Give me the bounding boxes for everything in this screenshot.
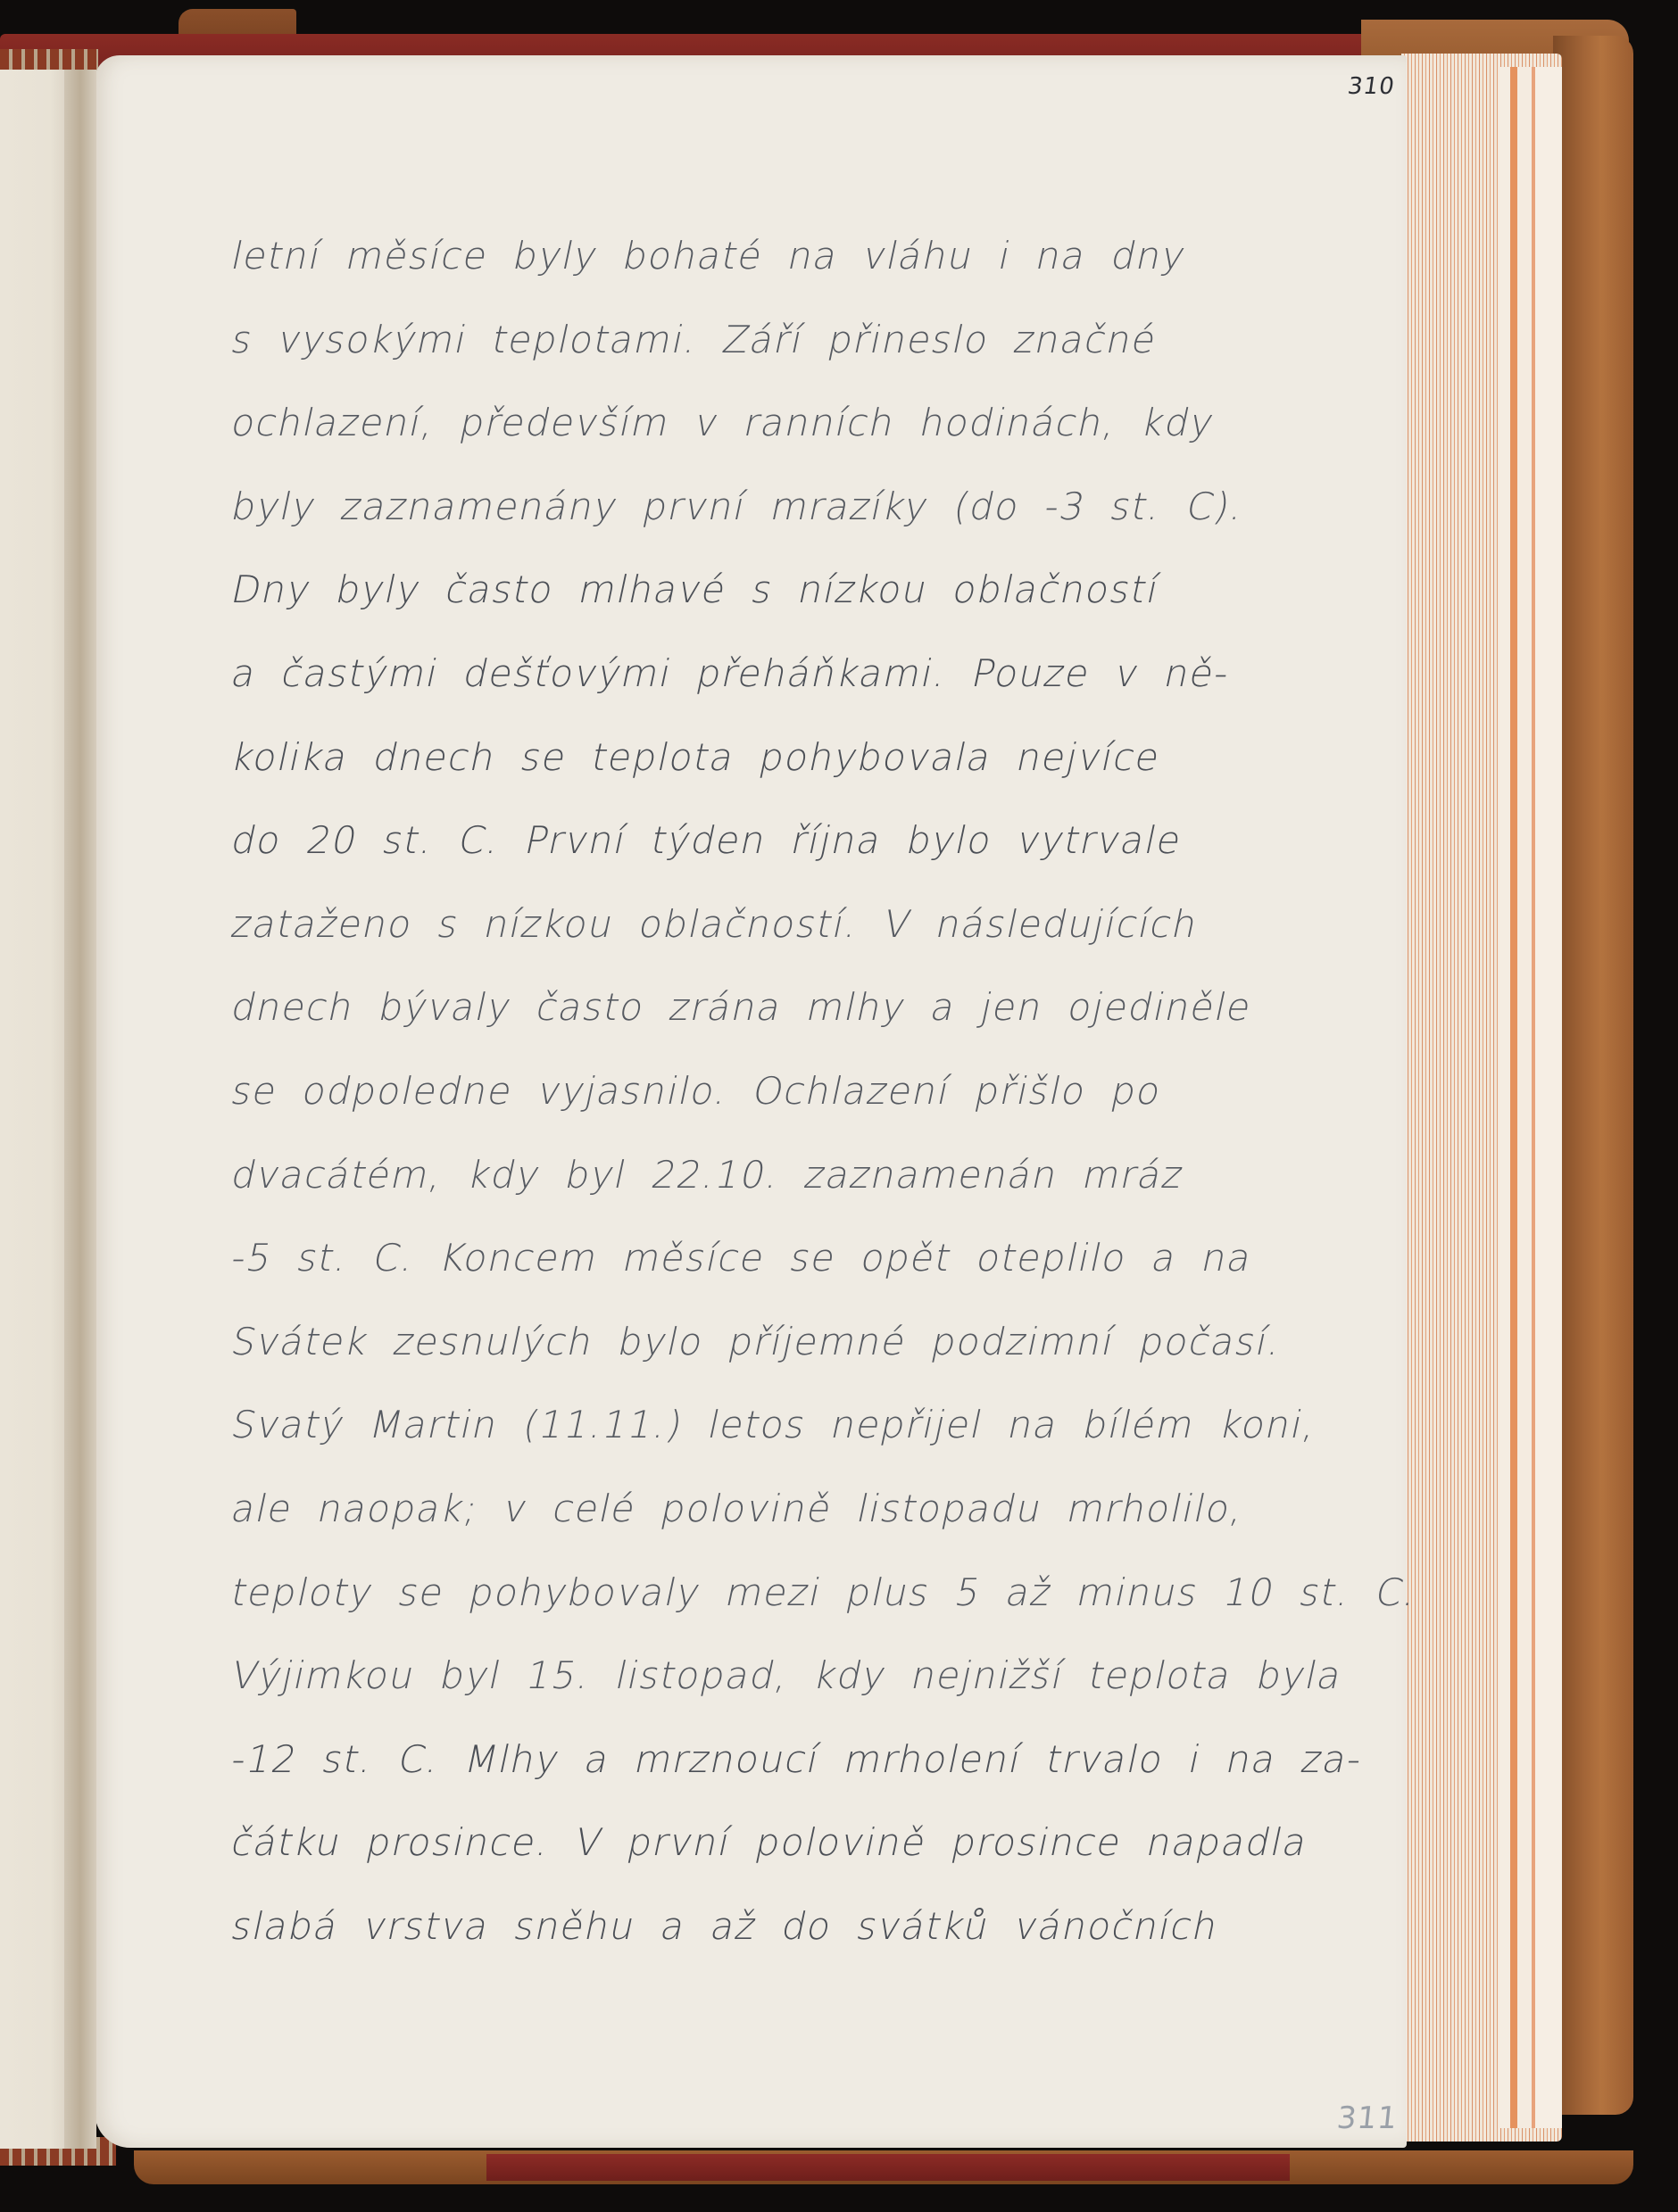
text-line: kolika dnech se teplota pohybovala nejví… xyxy=(223,716,1267,799)
text-line: teploty se pohybovaly mezi plus 5 až min… xyxy=(223,1551,1267,1635)
text-line: ochlazení, především v ranních hodinách,… xyxy=(223,381,1267,465)
text-line: čátku prosince. V první polovině prosinc… xyxy=(223,1801,1267,1885)
page-stack-inner-edge xyxy=(1499,67,1562,2128)
text-line: do 20 st. C. První týden října bylo vytr… xyxy=(223,799,1267,882)
text-line: a častými dešťovými přeháňkami. Pouze v … xyxy=(223,632,1267,716)
text-line: se odpoledne vyjasnilo. Ochlazení přišlo… xyxy=(223,1049,1267,1133)
text-line: slabá vrstva sněhu a až do svátků vánočn… xyxy=(223,1885,1267,1968)
text-line: ale naopak; v celé polovině listopadu mr… xyxy=(223,1467,1267,1551)
cover-right-leather-edge xyxy=(1553,36,1633,2115)
text-line: Svátek zesnulých bylo příjemné podzimní … xyxy=(223,1300,1267,1384)
handwritten-text-block: letní měsíce byly bohaté na vláhu i na d… xyxy=(232,214,1258,1968)
page-number-top: 310 xyxy=(1346,73,1397,100)
text-line: dvacátém, kdy byl 22.10. zaznamenán mráz xyxy=(223,1133,1267,1217)
text-line: dnech bývaly často zrána mlhy a jen ojed… xyxy=(223,965,1267,1049)
text-line: zataženo s nízkou oblačností. V následuj… xyxy=(223,882,1267,966)
text-line: byly zaznamenány první mrazíky (do -3 st… xyxy=(223,465,1267,549)
page-number-bottom: 311 xyxy=(1335,2100,1400,2136)
text-line: Výjimkou byl 15. listopad, kdy nejnižší … xyxy=(223,1634,1267,1718)
text-line: -12 st. C. Mlhy a mrznoucí mrholení trva… xyxy=(223,1718,1267,1802)
cover-bottom-red-cloth xyxy=(486,2154,1290,2181)
text-line: Svatý Martin (11.11.) letos nepřijel na … xyxy=(223,1383,1267,1467)
text-line: s vysokými teplotami. Září přineslo znač… xyxy=(223,298,1267,382)
left-page-sliver xyxy=(0,70,71,2149)
gutter-shadow xyxy=(64,70,96,2149)
text-line: Dny byly často mlhavé s nízkou oblačnost… xyxy=(223,548,1267,632)
text-line: -5 st. C. Koncem měsíce se opět oteplilo… xyxy=(223,1216,1267,1300)
text-line: letní měsíce byly bohaté na vláhu i na d… xyxy=(223,214,1267,298)
